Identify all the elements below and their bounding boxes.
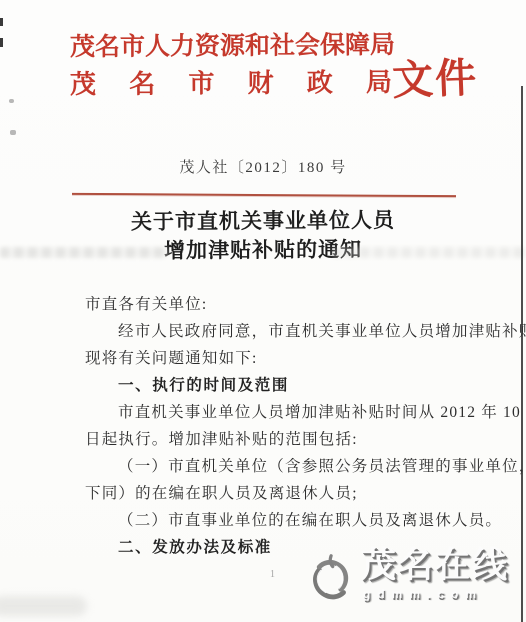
site-watermark: 茂名在线 gdmm.com [303,546,521,610]
letterhead-divider-rule [72,193,456,197]
ink-bleed-right [332,247,526,258]
body-paragraph: 日起执行。增加津贴补贴的范围包括: [85,428,459,455]
swirl-logo-icon [303,548,357,610]
body-salutation: 市直各有关单位: [85,293,459,320]
ink-bleed-artifact [0,245,526,263]
body-paragraph: 经市人民政府同意，市直机关事业单位人员增加津贴补贴。 [85,320,459,347]
issuing-organizations: 茂名市人力资源和社会保障局 茂名市财政局 [70,30,395,102]
edge-mark-artifact [0,38,3,47]
page-number-artifact: 1 [270,569,275,580]
letterhead: 茂名市人力资源和社会保障局 茂名市财政局 文件 [70,30,500,102]
body-list-item-1-cont: 下同）的在编在职人员及离退休人员; [85,482,459,509]
org-name-hr-bureau: 茂名市人力资源和社会保障局 [70,29,395,65]
body-paragraph: 市直机关事业单位人员增加津贴补贴时间从 2012 年 10 月 1 [85,401,459,428]
edge-mark-artifact [0,18,3,26]
document-title-line1: 关于市直机关事业单位人员 [0,205,526,238]
body-paragraph: 现将有关问题通知如下: [85,347,459,374]
document-number: 茂人社〔2012〕180 号 [0,156,526,177]
ink-bleed-left [0,247,168,258]
watermark-texts: 茂名在线 gdmm.com [361,546,509,601]
scanned-document-page: 茂名市人力资源和社会保障局 茂名市财政局 文件 茂人社〔2012〕180 号 关… [0,0,526,622]
section-heading-1: 一、执行的时间及范围 [85,374,459,401]
document-type-label: 文件 [391,44,479,106]
body-list-item-1: （一）市直机关单位（含参照公务员法管理的事业单位， [85,455,459,482]
speck-artifact [10,130,16,135]
scan-line-artifact [521,86,523,622]
watermark-site-domain: gdmm.com [363,587,509,601]
body-list-item-2: （二）市直事业单位的在编在职人员及离退休人员。 [85,509,459,536]
speck-artifact [9,99,14,103]
smudge-artifact [0,596,87,616]
org-name-finance-bureau: 茂名市财政局 [70,65,392,103]
document-body: 市直各有关单位: 经市人民政府同意，市直机关事业单位人员增加津贴补贴。 现将有关… [85,293,459,563]
watermark-site-name: 茂名在线 [361,546,509,586]
